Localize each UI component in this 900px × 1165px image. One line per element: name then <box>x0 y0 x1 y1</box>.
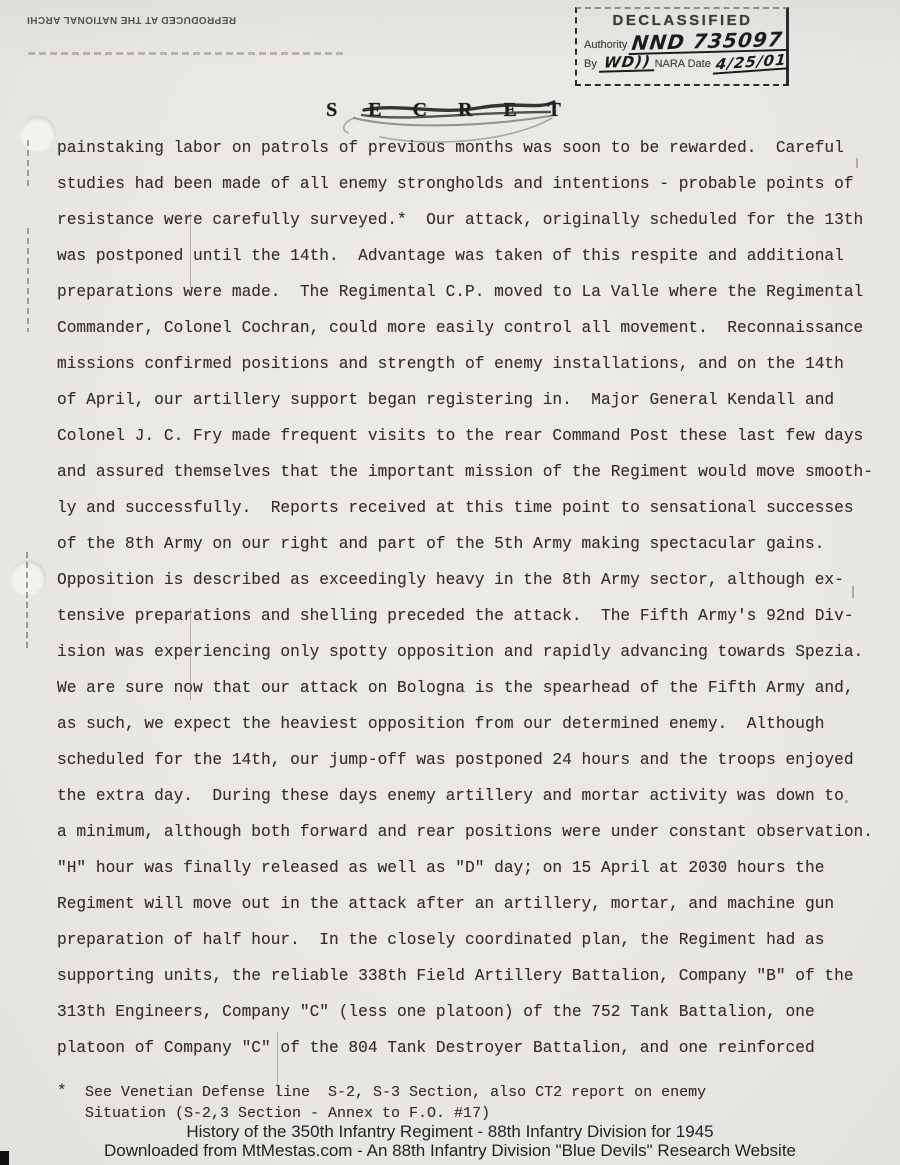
typed-line: of April, our artillery support began re… <box>57 391 857 427</box>
scan-speck <box>845 800 848 803</box>
footer-document-title: History of the 350th Infantry Regiment -… <box>0 1122 900 1142</box>
typed-line: tensive preparations and shelling preced… <box>57 607 857 643</box>
typed-line: was postponed until the 14th. Advantage … <box>57 247 857 283</box>
scanned-document-page: REPRODUCED AT THE NATIONAL ARCHI DECLASS… <box>0 0 900 1165</box>
secret-text: S E C R E T <box>326 99 574 121</box>
scan-speck <box>856 158 858 168</box>
typed-line: scheduled for the 14th, our jump-off was… <box>57 751 857 787</box>
typed-line: preparations were made. The Regimental C… <box>57 283 857 319</box>
typed-line: studies had been made of all enemy stron… <box>57 175 857 211</box>
typed-line: the extra day. During these days enemy a… <box>57 787 857 823</box>
declassified-stamp: DECLASSIFIED Authority NND 735097 By WD)… <box>575 7 789 86</box>
typed-line: supporting units, the reliable 338th Fie… <box>57 967 857 1003</box>
typed-line: Commander, Colonel Cochran, could more e… <box>57 319 857 355</box>
scan-speck <box>852 586 854 598</box>
by-handwritten-signature: WD)) <box>599 54 656 72</box>
archive-reproduction-note: REPRODUCED AT THE NATIONAL ARCHI <box>26 14 236 25</box>
hole-punch-bottom <box>10 560 46 596</box>
typed-line: 313th Engineers, Company "C" (less one p… <box>57 1003 857 1039</box>
scan-scratch-mark <box>27 140 29 188</box>
typed-line: resistance were carefully surveyed.* Our… <box>57 211 857 247</box>
document-body: painstaking labor on patrols of previous… <box>57 139 857 1075</box>
typed-line: We are sure now that our attack on Bolog… <box>57 679 857 715</box>
typed-line: ision was experiencing only spotty oppos… <box>57 643 857 679</box>
typed-line: "H" hour was finally released as well as… <box>57 859 857 895</box>
scan-corner-mark <box>0 1151 9 1165</box>
typed-line: ly and successfully. Reports received at… <box>57 499 857 535</box>
typed-line: and assured themselves that the importan… <box>57 463 857 499</box>
typed-line: Colonel J. C. Fry made frequent visits t… <box>57 427 857 463</box>
nara-date-label: NARA Date <box>655 58 714 72</box>
classification-heading: S E C R E T <box>0 99 900 122</box>
hole-punch-top <box>20 116 56 152</box>
footer-source-credit: Downloaded from MtMestas.com - An 88th I… <box>0 1141 900 1161</box>
declassified-stamp-title: DECLASSIFIED <box>584 12 781 29</box>
scan-streak-mark <box>190 212 191 288</box>
scan-streak-mark <box>277 1032 278 1096</box>
typed-line: as such, we expect the heaviest oppositi… <box>57 715 857 751</box>
footnote-asterisk: * <box>57 1082 85 1124</box>
footnote-text: See Venetian Defense line S-2, S-3 Secti… <box>85 1082 706 1124</box>
footnote: * See Venetian Defense line S-2, S-3 Sec… <box>57 1082 706 1124</box>
scan-smudge-line <box>28 52 343 55</box>
by-label: By <box>584 58 600 72</box>
typed-line: of the 8th Army on our right and part of… <box>57 535 857 571</box>
typed-line: platoon of Company "C" of the 804 Tank D… <box>57 1039 857 1075</box>
authority-label: Authority <box>584 39 630 53</box>
typed-line: preparation of half hour. In the closely… <box>57 931 857 967</box>
scan-scratch-mark <box>26 552 28 648</box>
footnote-line-2: Situation (S-2,3 Section - Annex to F.O.… <box>85 1103 706 1124</box>
scan-scratch-mark <box>27 228 29 332</box>
typed-line: a minimum, although both forward and rea… <box>57 823 857 859</box>
typed-line: painstaking labor on patrols of previous… <box>57 139 857 175</box>
typed-line: Opposition is described as exceedingly h… <box>57 571 857 607</box>
typed-line: Regiment will move out in the attack aft… <box>57 895 857 931</box>
nara-date-handwritten-value: 4/25/01 <box>713 52 790 74</box>
scan-streak-mark <box>190 608 191 700</box>
footnote-line-1: See Venetian Defense line S-2, S-3 Secti… <box>85 1082 706 1103</box>
typed-line: missions confirmed positions and strengt… <box>57 355 857 391</box>
